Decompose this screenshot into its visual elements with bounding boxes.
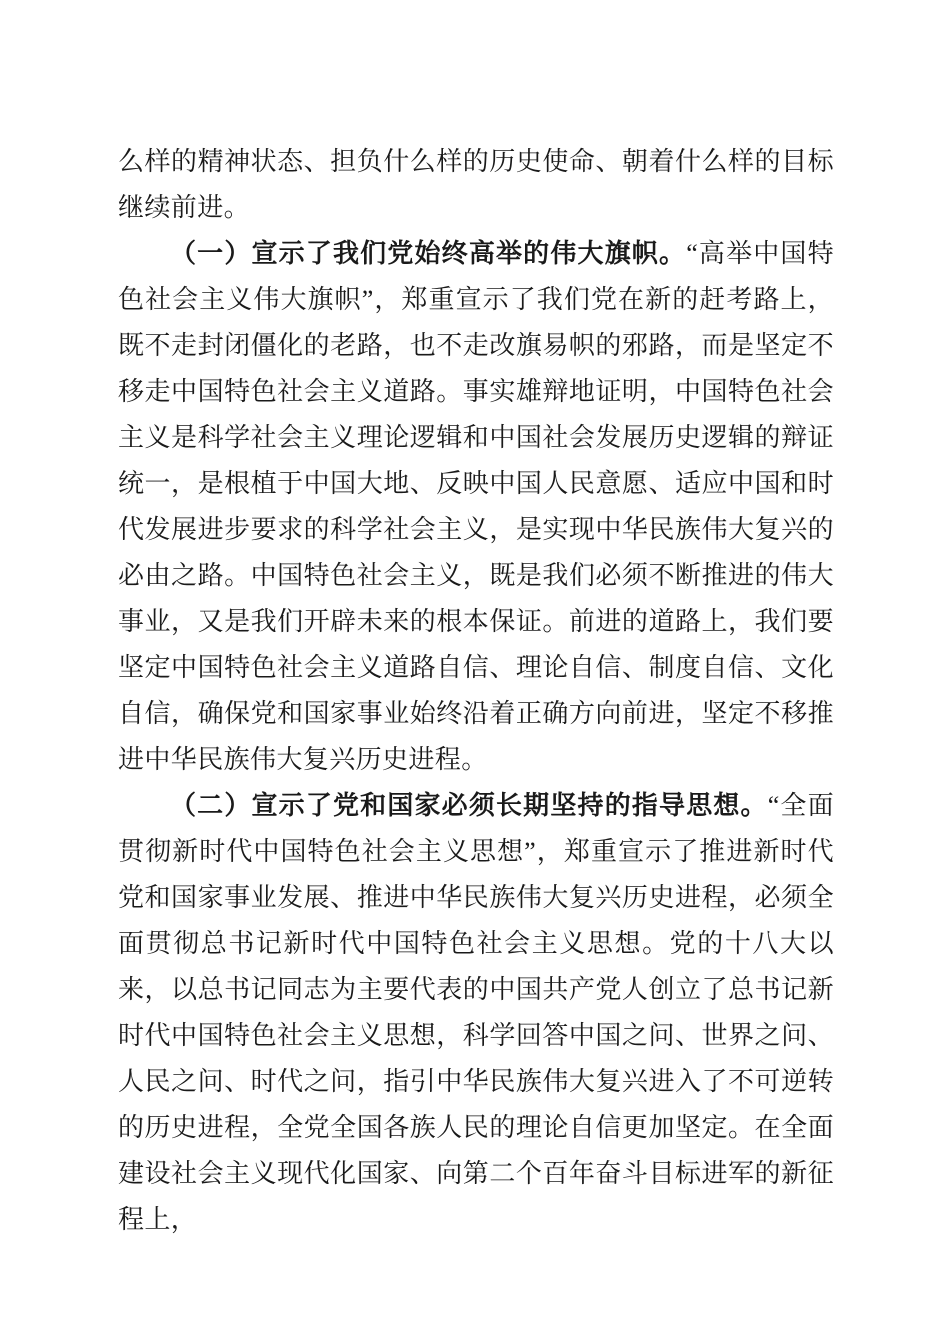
section-1-heading: （一）宣示了我们党始终高举的伟大旗帜。 — [170, 239, 686, 268]
paragraph-section-2: （二）宣示了党和国家必须长期坚持的指导思想。“全面贯彻新时代中国特色社会主义思想… — [118, 783, 834, 1243]
paragraph-continuation: 么样的精神状态、担负什么样的历史使命、朝着什么样的目标继续前进。 — [118, 139, 834, 231]
section-2-heading: （二）宣示了党和国家必须长期坚持的指导思想。 — [170, 791, 768, 820]
section-2-text: “全面贯彻新时代中国特色社会主义思想”，郑重宣示了推进新时代党和国家事业发展、推… — [118, 791, 834, 1234]
document-text-body: 么样的精神状态、担负什么样的历史使命、朝着什么样的目标继续前进。 （一）宣示了我… — [118, 139, 834, 1243]
paragraph-section-1: （一）宣示了我们党始终高举的伟大旗帜。“高举中国特色社会主义伟大旗帜”，郑重宣示… — [118, 231, 834, 783]
document-page: 么样的精神状态、担负什么样的历史使命、朝着什么样的目标继续前进。 （一）宣示了我… — [0, 0, 950, 1344]
section-1-text: “高举中国特色社会主义伟大旗帜”，郑重宣示了我们党在新的赶考路上，既不走封闭僵化… — [118, 239, 834, 774]
paragraph-continuation-text: 么样的精神状态、担负什么样的历史使命、朝着什么样的目标继续前进。 — [118, 147, 834, 222]
